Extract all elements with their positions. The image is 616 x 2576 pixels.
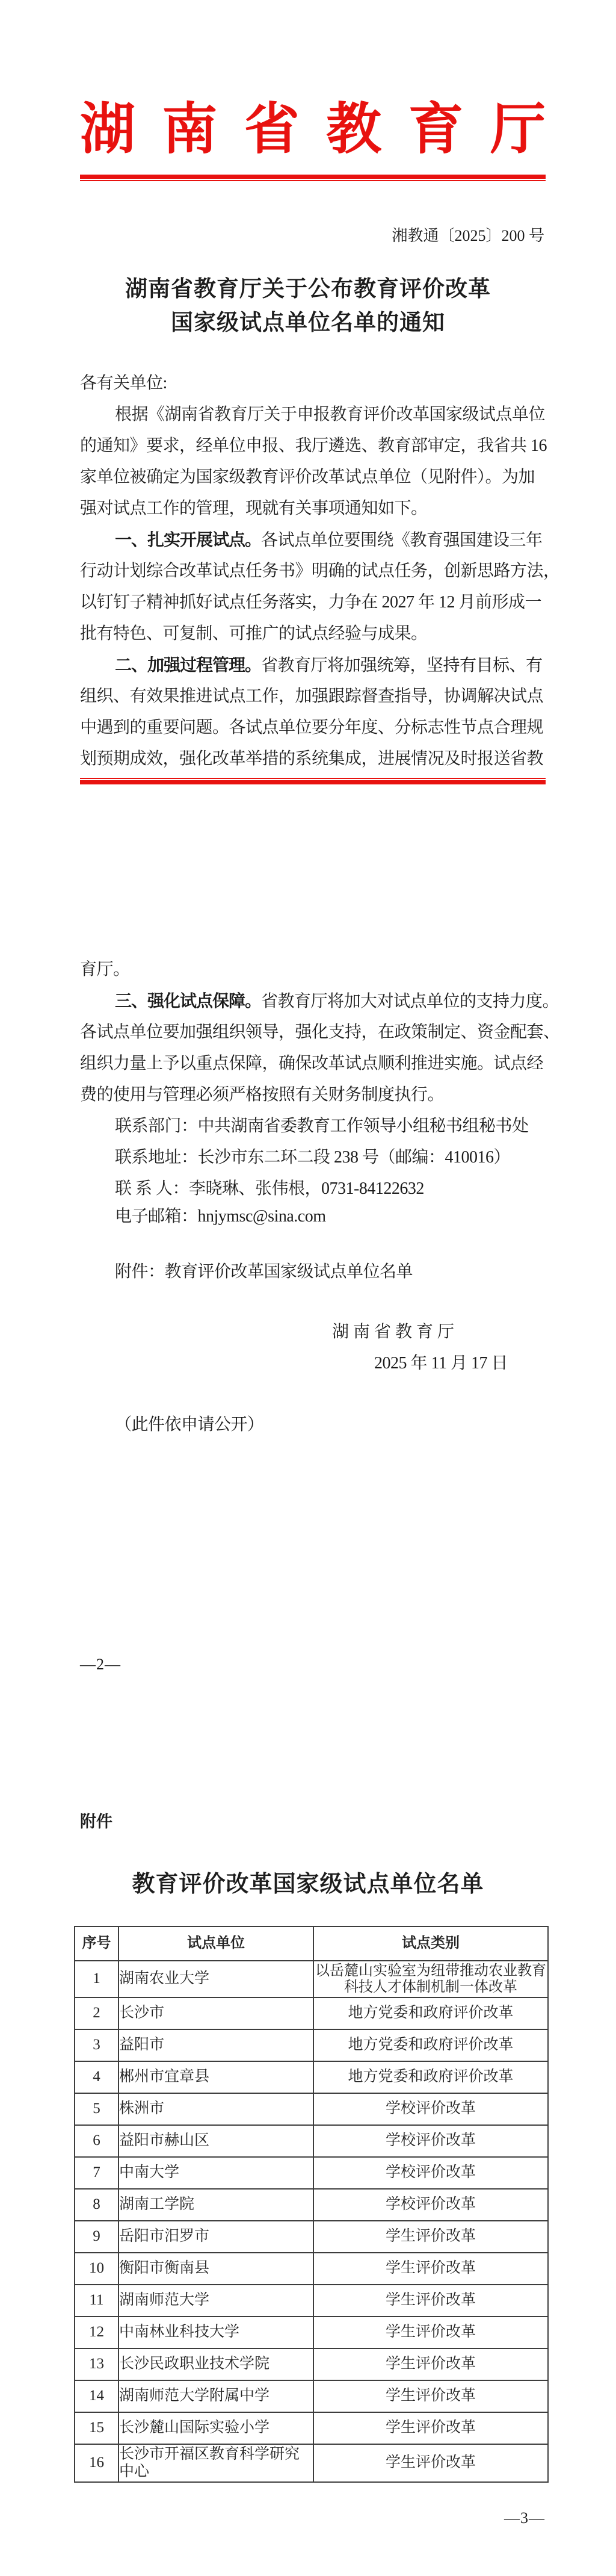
table-row: 15 长沙麓山国际实验小学 学生评价改革 (75, 2412, 548, 2444)
table-row: 3 益阳市 地方党委和政府评价改革 (75, 2029, 548, 2061)
table-row: 16 长沙市开福区教育科学研究中心 学生评价改革 (75, 2444, 548, 2482)
section-2-text: 省教育厅将加强统筹，坚持有目标、有 (261, 656, 543, 675)
header-no: 序号 (75, 1926, 119, 1961)
doc-number: 湘教通〔2025〕200 号 (392, 223, 544, 246)
body-line: 强对试点工作的管理，现就有关事项通知如下。 (80, 498, 428, 519)
page-number-3: —3— (504, 2509, 545, 2527)
row-no: 2 (75, 1997, 119, 2029)
table-row: 2 长沙市 地方党委和政府评价改革 (75, 1997, 548, 2029)
row-no: 10 (75, 2253, 119, 2285)
table-row: 11 湖南师范大学 学生评价改革 (75, 2285, 548, 2317)
row-unit: 长沙民政职业技术学院 (119, 2348, 313, 2380)
agency-name-char: 育 (408, 102, 464, 157)
row-no: 4 (75, 2061, 119, 2093)
row-unit: 湖南师范大学附属中学 (119, 2380, 313, 2412)
page-number-2: —2— (80, 1656, 121, 1674)
row-unit: 湖南师范大学 (119, 2285, 313, 2317)
body-line-section-2: 二、加强过程管理。省教育厅将加强统筹，坚持有目标、有 (115, 655, 543, 676)
row-no: 16 (75, 2444, 119, 2482)
table-row: 1 湖南农业大学 以岳麓山实验室为纽带推动农业教育科技人才体制机制一体改革 (75, 1961, 548, 1997)
row-no: 14 (75, 2380, 119, 2412)
row-category: 学校评价改革 (313, 2189, 548, 2221)
body-line: 各试点单位要加强组织领导，强化支持，在政策制定、资金配套、 (80, 1022, 560, 1043)
contact-address: 联系地址：长沙市东二环二段 238 号（邮编：410016） (115, 1147, 510, 1168)
row-no: 7 (75, 2157, 119, 2189)
row-no: 9 (75, 2221, 119, 2253)
agency-name: 湖 南 省 教 育 厅 (80, 96, 546, 163)
row-category: 学生评价改革 (313, 2412, 548, 2444)
agency-name-char: 厅 (490, 102, 546, 157)
row-unit: 郴州市宜章县 (119, 2061, 313, 2093)
agency-name-char: 教 (326, 102, 381, 157)
header-category: 试点类别 (313, 1926, 548, 1961)
section-3-text: 省教育厅将加大对试点单位的支持力度。 (261, 992, 559, 1011)
contact-email: 电子邮箱：hnjymsc@sina.com (115, 1206, 325, 1227)
table-row: 8 湖南工学院 学校评价改革 (75, 2189, 548, 2221)
table-row: 10 衡阳市衡南县 学生评价改革 (75, 2253, 548, 2285)
row-unit: 湖南农业大学 (119, 1961, 313, 1997)
row-unit: 长沙市开福区教育科学研究中心 (119, 2444, 313, 2482)
contact-department: 联系部门：中共湖南省委教育工作领导小组秘书组秘书处 (115, 1116, 529, 1137)
row-unit: 长沙麓山国际实验小学 (119, 2412, 313, 2444)
document-page: 湖 南 省 教 育 厅 湘教通〔2025〕200 号 湖南省教育厅关于公布教育评… (0, 0, 616, 2576)
row-category: 学生评价改革 (313, 2253, 548, 2285)
row-no: 1 (75, 1961, 119, 1997)
disclosure-note: （此件依申请公开） (115, 1415, 264, 1435)
agency-name-char: 湖 (80, 102, 135, 157)
attachment-reference-line: 附件：教育评价改革国家级试点单位名单 (115, 1262, 413, 1282)
row-category: 学生评价改革 (313, 2317, 548, 2348)
body-line: 划预期成效，强化改革举措的系统集成，进展情况及时报送省教 (80, 749, 543, 769)
table-row: 6 益阳市赫山区 学校评价改革 (75, 2125, 548, 2157)
body-line: 根据《湖南省教育厅关于申报教育评价改革国家级试点单位 (115, 405, 545, 425)
header-unit: 试点单位 (119, 1926, 313, 1961)
table-row: 9 岳阳市汨罗市 学生评价改革 (75, 2221, 548, 2253)
contact-person: 联 系 人：李晓琳、张伟根，0731-84122632 (115, 1179, 424, 1199)
separator-thick-line (80, 175, 546, 179)
row-no: 11 (75, 2285, 119, 2317)
section-3-heading: 三、强化试点保障。 (115, 992, 261, 1010)
row-category: 学生评价改革 (313, 2444, 548, 2482)
body-line-section-3: 三、强化试点保障。省教育厅将加大对试点单位的支持力度。 (115, 991, 559, 1012)
row-no: 12 (75, 2317, 119, 2348)
body-line: 组织力量上予以重点保障，确保改革试点顺利推进实施。试点经 (80, 1054, 543, 1074)
body-line: 费的使用与管理必须严格按照有关财务制度执行。 (80, 1085, 444, 1105)
notice-title-line-2: 国家级试点单位名单的通知 (0, 304, 616, 337)
row-category: 地方党委和政府评价改革 (313, 2061, 548, 2093)
body-line: 以钉钉子精神抓好试点任务落实，力争在 2027 年 12 月前形成一 (80, 592, 541, 613)
table-row: 7 中南大学 学校评价改革 (75, 2157, 548, 2189)
row-unit: 中南大学 (119, 2157, 313, 2189)
separator-thick-line (80, 780, 546, 784)
body-line: 家单位被确定为国家级教育评价改革试点单位（见附件）。为加 (80, 467, 535, 488)
section-2-heading: 二、加强过程管理。 (115, 656, 261, 674)
row-category: 地方党委和政府评价改革 (313, 2029, 548, 2061)
row-no: 5 (75, 2093, 119, 2125)
table-row: 13 长沙民政职业技术学院 学生评价改革 (75, 2348, 548, 2380)
letterhead-separator (80, 175, 546, 181)
row-unit: 衡阳市衡南县 (119, 2253, 313, 2285)
row-category: 学生评价改革 (313, 2221, 548, 2253)
section-1-heading: 一、扎实开展试点。 (115, 530, 261, 549)
row-no: 6 (75, 2125, 119, 2157)
row-unit: 长沙市 (119, 1997, 313, 2029)
row-category: 学校评价改革 (313, 2125, 548, 2157)
row-unit: 岳阳市汨罗市 (119, 2221, 313, 2253)
signer-agency: 湖南省教育厅 (332, 1322, 458, 1342)
row-unit: 益阳市赫山区 (119, 2125, 313, 2157)
body-line: 中遇到的重要问题。各试点单位要分年度、分标志性节点合理规 (80, 718, 543, 738)
separator-thin-line (80, 180, 546, 181)
body-line: 组织、有效果推进试点工作，加强跟踪督查指导，协调解决试点 (80, 686, 543, 707)
row-no: 15 (75, 2412, 119, 2444)
row-category: 学校评价改革 (313, 2157, 548, 2189)
row-category: 以岳麓山实验室为纽带推动农业教育科技人才体制机制一体改革 (313, 1961, 548, 1997)
salutation: 各有关单位: (80, 373, 167, 394)
body-line-section-1: 一、扎实开展试点。各试点单位要围绕《教育强国建设三年 (115, 530, 543, 551)
row-no: 3 (75, 2029, 119, 2061)
body-line: 的通知》要求，经单位申报、我厅遴选、教育部审定，我省共 16 (80, 436, 547, 456)
signature-date: 2025 年 11 月 17 日 (374, 1353, 508, 1374)
row-no: 8 (75, 2189, 119, 2221)
body-line: 育厅。 (80, 960, 130, 980)
row-category: 学生评价改革 (313, 2348, 548, 2380)
row-category: 学校评价改革 (313, 2093, 548, 2125)
agency-name-char: 南 (162, 102, 217, 157)
attachment-label: 附件 (80, 1808, 112, 1832)
row-category: 学生评价改革 (313, 2285, 548, 2317)
agency-name-char: 省 (244, 102, 300, 157)
row-unit: 益阳市 (119, 2029, 313, 2061)
pilot-units-table: 序号 试点单位 试点类别 1 湖南农业大学 以岳麓山实验室为纽带推动农业教育科技… (74, 1926, 549, 2483)
row-unit: 湖南工学院 (119, 2189, 313, 2221)
row-no: 13 (75, 2348, 119, 2380)
section-1-text: 各试点单位要围绕《教育强国建设三年 (261, 531, 543, 550)
table-header-row: 序号 试点单位 试点类别 (75, 1926, 548, 1961)
table-row: 14 湖南师范大学附属中学 学生评价改革 (75, 2380, 548, 2412)
notice-title-line-1: 湖南省教育厅关于公布教育评价改革 (0, 270, 616, 303)
row-category: 地方党委和政府评价改革 (313, 1997, 548, 2029)
row-unit: 株洲市 (119, 2093, 313, 2125)
letterhead-footer-separator (80, 778, 546, 784)
table-row: 5 株洲市 学校评价改革 (75, 2093, 548, 2125)
body-line: 行动计划综合改革试点任务书》明确的试点任务，创新思路方法， (80, 561, 560, 582)
row-unit: 中南林业科技大学 (119, 2317, 313, 2348)
row-category: 学生评价改革 (313, 2380, 548, 2412)
table-row: 12 中南林业科技大学 学生评价改革 (75, 2317, 548, 2348)
attachment-table-title: 教育评价改革国家级试点单位名单 (0, 1865, 616, 1898)
table-row: 4 郴州市宜章县 地方党委和政府评价改革 (75, 2061, 548, 2093)
body-line: 批有特色、可复制、可推广的试点经验与成果。 (80, 624, 428, 644)
